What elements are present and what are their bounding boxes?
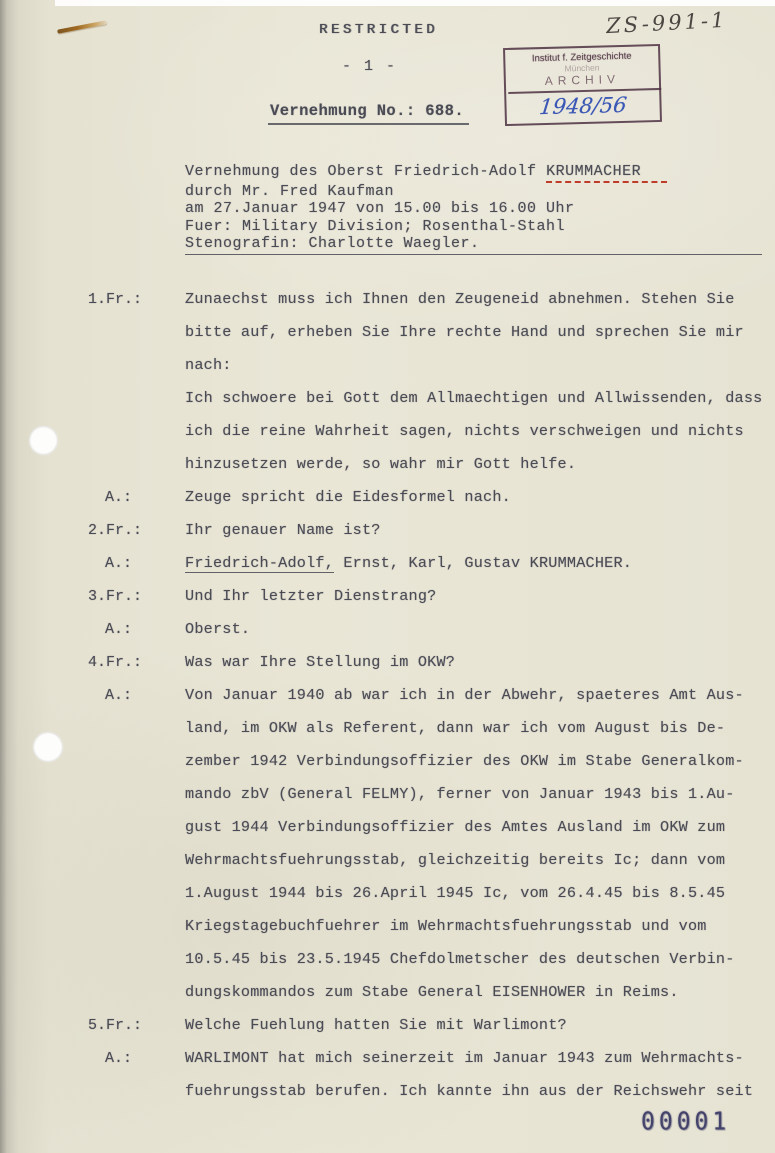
qa-lines: Von Januar 1940 ab war ich in der Abwehr… <box>185 679 774 1009</box>
qa-line: 10.5.45 bis 23.5.1945 Chefdolmetscher de… <box>185 943 774 976</box>
qa-line: ich die reine Wahrheit sagen, nichts ver… <box>185 415 774 448</box>
header-line-datetime: am 27.Januar 1947 von 15.00 bis 16.00 Uh… <box>185 200 770 218</box>
qa-line: Oberst. <box>185 613 774 646</box>
qa-lines: Und Ihr letzter Dienstrang? <box>185 580 774 613</box>
qa-line: Zunaechst muss ich Ihnen den Zeugeneid a… <box>185 283 774 316</box>
header-subject-name: KRUMMACHER <box>546 163 667 183</box>
qa-line: hinzusetzen werde, so wahr mir Gott helf… <box>185 448 774 481</box>
archive-stamp: Institut f. Zeitgeschichte München ARCHI… <box>503 44 662 126</box>
qa-line: land, im OKW als Referent, dann war ich … <box>185 712 774 745</box>
qa-lines: Oberst. <box>185 613 774 646</box>
header-line-division: Fuer: Military Division; Rosenthal-Stahl <box>185 218 770 236</box>
qa-label: 3.Fr.: <box>88 580 185 613</box>
qa-line-segment: Friedrich-Adolf, <box>185 554 334 573</box>
document-page: RESTRICTED - 1 - ZS-991-1 Institut f. Ze… <box>0 0 775 1153</box>
qa-lines: Welche Fuehlung hatten Sie mit Warlimont… <box>185 1009 774 1042</box>
qa-entry: A.:Friedrich-Adolf, Ernst, Karl, Gustav … <box>88 547 774 580</box>
qa-entry: A.:Oberst. <box>88 613 774 646</box>
qa-label: 2.Fr.: <box>88 514 185 547</box>
header-line-interrogator: durch Mr. Fred Kaufman <box>185 183 770 201</box>
qa-line: Zeuge spricht die Eidesformel nach. <box>185 481 774 514</box>
qa-label: A.: <box>88 547 185 580</box>
qa-lines: Zeuge spricht die Eidesformel nach. <box>185 481 774 514</box>
qa-line: dungskommandos zum Stabe General EISENHO… <box>185 976 774 1009</box>
qa-line: bitte auf, erheben Sie Ihre rechte Hand … <box>185 316 774 349</box>
scan-edge-artifact <box>55 0 775 6</box>
qa-lines: Friedrich-Adolf, Ernst, Karl, Gustav KRU… <box>185 547 774 580</box>
qa-entry: A.:Von Januar 1940 ab war ich in der Abw… <box>88 679 774 1009</box>
qa-label: A.: <box>88 1042 185 1075</box>
qa-lines: WARLIMONT hat mich seinerzeit im Januar … <box>185 1042 774 1108</box>
qa-line: nach: <box>185 349 774 382</box>
qa-entry: 5.Fr.:Welche Fuehlung hatten Sie mit War… <box>88 1009 774 1042</box>
qa-line: zember 1942 Verbindungsoffizier des OKW … <box>185 745 774 778</box>
hole-punch-bottom <box>33 732 63 762</box>
page-number: - 1 - <box>342 58 397 75</box>
qa-entry: 4.Fr.:Was war Ihre Stellung im OKW? <box>88 646 774 679</box>
qa-entry: 1.Fr.:Zunaechst muss ich Ihnen den Zeuge… <box>88 283 774 481</box>
qa-entry: 3.Fr.:Und Ihr letzter Dienstrang? <box>88 580 774 613</box>
hole-punch-top <box>29 426 58 455</box>
qa-lines: Was war Ihre Stellung im OKW? <box>185 646 774 679</box>
interrogation-header: Vernehmung des Oberst Friedrich-Adolf KR… <box>185 163 770 255</box>
qa-label: A.: <box>88 481 185 514</box>
qa-line: Wehrmachtsfuehrungsstab, gleichzeitig be… <box>185 844 774 877</box>
qa-line: fuehrungsstab berufen. Ich kannte ihn au… <box>185 1075 774 1108</box>
qa-line: Und Ihr letzter Dienstrang? <box>185 580 774 613</box>
paperclip-rust-mark <box>57 20 107 33</box>
qa-line: gust 1944 Verbindungsoffizier des Amtes … <box>185 811 774 844</box>
qa-lines: Ihr genauer Name ist? <box>185 514 774 547</box>
qa-line: Ihr genauer Name ist? <box>185 514 774 547</box>
qa-entry: A.:WARLIMONT hat mich seinerzeit im Janu… <box>88 1042 774 1108</box>
qa-line: mando zbV (General FELMY), ferner von Ja… <box>185 778 774 811</box>
header-line-stenographer: Stenografin: Charlotte Waegler. <box>185 235 762 255</box>
qa-entry: 2.Fr.:Ihr genauer Name ist? <box>88 514 774 547</box>
qa-label: A.: <box>88 613 185 646</box>
qa-line: Ich schwoere bei Gott dem Allmaechtigen … <box>185 382 774 415</box>
qa-line: 1.August 1944 bis 26.April 1945 Ic, vom … <box>185 877 774 910</box>
qa-line: Von Januar 1940 ab war ich in der Abwehr… <box>185 679 774 712</box>
header-line-subject: Vernehmung des Oberst Friedrich-Adolf KR… <box>185 163 770 183</box>
qa-section: 1.Fr.:Zunaechst muss ich Ihnen den Zeuge… <box>88 283 774 1108</box>
qa-label: 5.Fr.: <box>88 1009 185 1042</box>
qa-label: A.: <box>88 679 185 712</box>
qa-label: 4.Fr.: <box>88 646 185 679</box>
archive-stamp-number: 1948/56 <box>505 88 662 124</box>
page-stamp-number: 00001 <box>641 1108 730 1136</box>
qa-line: Welche Fuehlung hatten Sie mit Warlimont… <box>185 1009 774 1042</box>
document-title: Vernehmung No.: 688. <box>268 102 469 125</box>
qa-label: 1.Fr.: <box>88 283 185 316</box>
qa-line: Friedrich-Adolf, Ernst, Karl, Gustav KRU… <box>185 547 774 580</box>
qa-line: WARLIMONT hat mich seinerzeit im Januar … <box>185 1042 774 1075</box>
handwritten-reference: ZS-991-1 <box>605 8 727 38</box>
qa-line: Was war Ihre Stellung im OKW? <box>185 646 774 679</box>
qa-entry: A.:Zeuge spricht die Eidesformel nach. <box>88 481 774 514</box>
header-subject-prefix: Vernehmung des Oberst Friedrich-Adolf <box>185 163 546 180</box>
classification-label: RESTRICTED <box>319 22 438 38</box>
qa-lines: Zunaechst muss ich Ihnen den Zeugeneid a… <box>185 283 774 481</box>
qa-line-segment: Ernst, Karl, Gustav KRUMMACHER. <box>334 554 632 572</box>
qa-line: Kriegstagebuchfuehrer im Wehrmachtsfuehr… <box>185 910 774 943</box>
